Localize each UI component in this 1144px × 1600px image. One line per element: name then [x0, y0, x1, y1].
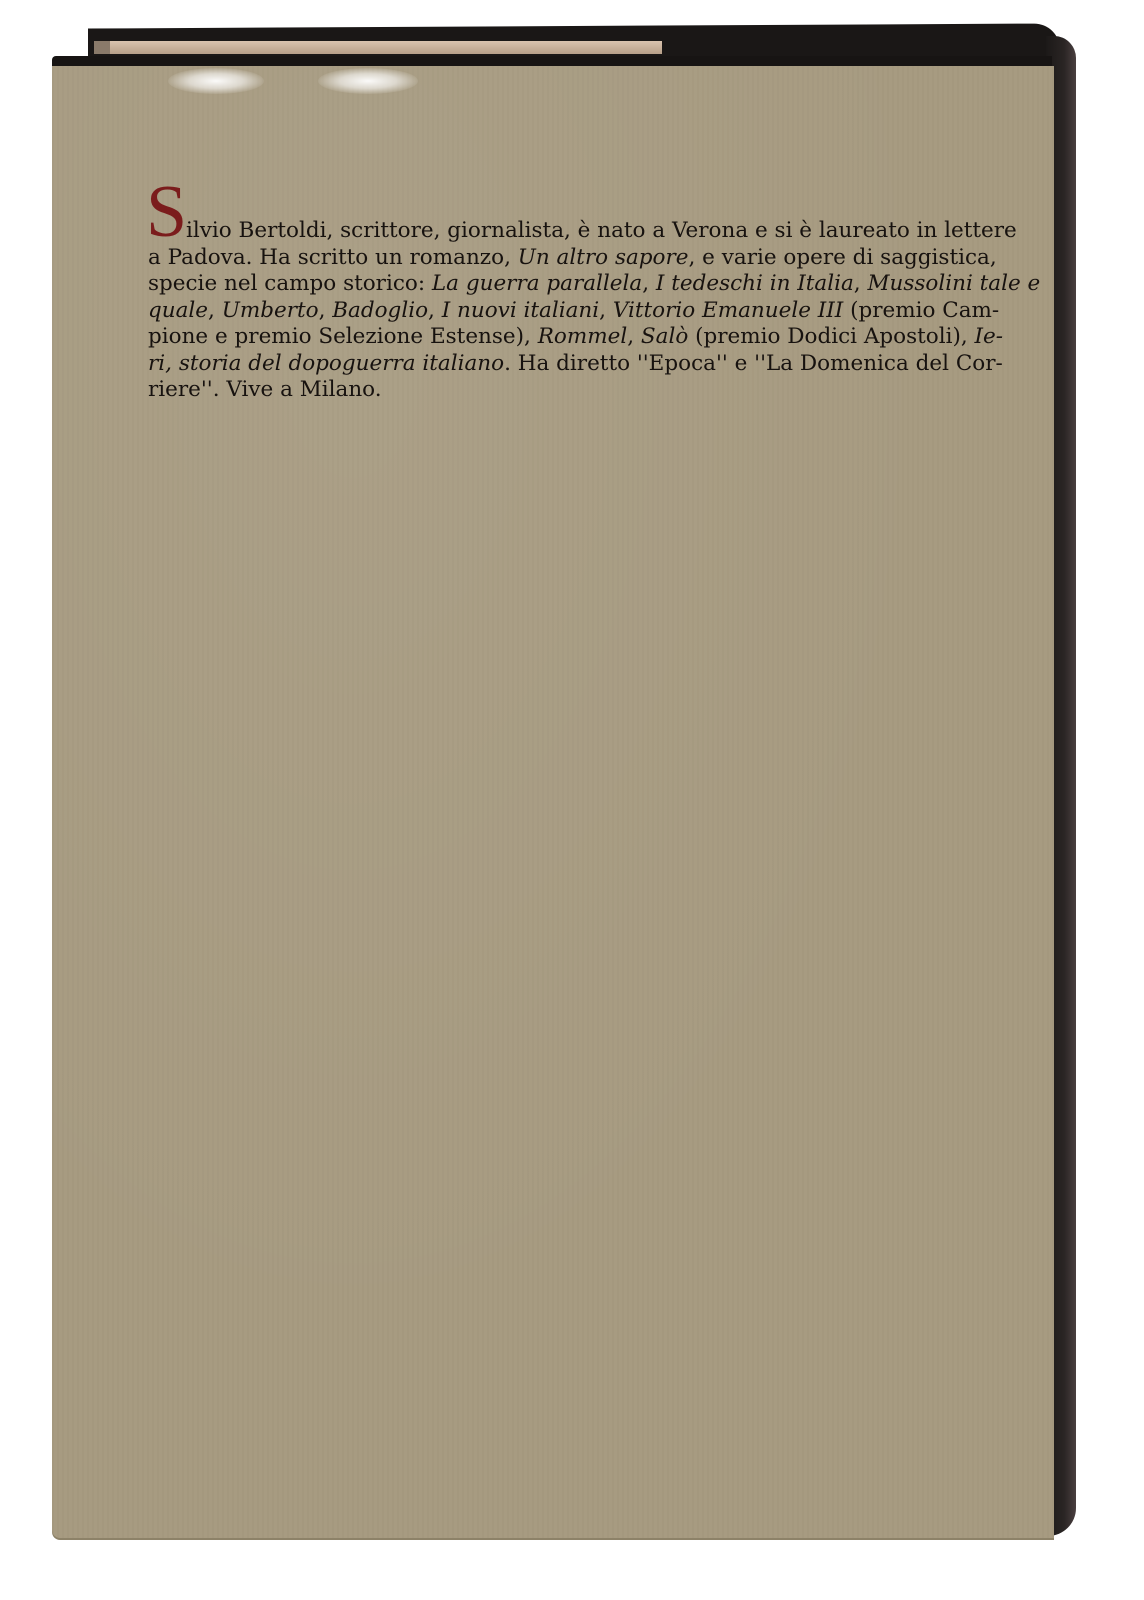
book-title-text: Ie- — [975, 324, 1003, 349]
bio-text: (premio Dodici Apostoli), — [688, 324, 974, 349]
author-biography: S ilvio Bertoldi, scrittore, giornalista… — [148, 218, 954, 404]
bio-line: ri, storia del dopoguerra italiano. Ha d… — [148, 351, 954, 378]
bio-text: , — [319, 298, 333, 323]
bio-text: , e varie opere di saggistica, — [689, 245, 997, 270]
bio-text: ilvio Bertoldi, scrittore, giornalista, … — [186, 218, 1017, 243]
bio-text: , — [208, 298, 222, 323]
bio-text: (premio Cam- — [843, 298, 999, 323]
book-title-text: Umberto — [222, 298, 319, 323]
bio-line: pione e premio Selezione Estense), Romme… — [148, 324, 954, 351]
book-title-text: Vittorio Emanuele III — [613, 298, 843, 323]
bio-text: , — [599, 298, 613, 323]
bio-line: ilvio Bertoldi, scrittore, giornalista, … — [148, 218, 954, 245]
bio-line: a Padova. Ha scritto un romanzo, Un altr… — [148, 245, 954, 272]
bio-text: , — [428, 298, 442, 323]
bio-line: specie nel campo storico: La guerra para… — [148, 271, 954, 298]
drop-cap: S — [146, 184, 187, 242]
book-title-text: quale — [148, 298, 208, 323]
book-title-text: I nuovi italiani — [442, 298, 599, 323]
bio-text: , — [642, 271, 656, 296]
bio-text: pione e premio Selezione Estense), — [148, 324, 538, 349]
book-title-text: Salò — [641, 324, 688, 349]
light-glare — [318, 68, 418, 94]
light-glare — [168, 68, 264, 94]
book-title-text: La guerra parallela — [432, 271, 642, 296]
book-title-text: Mussolini tale e — [867, 271, 1040, 296]
book-title-text: Rommel — [538, 324, 628, 349]
bio-text: , — [627, 324, 641, 349]
book-photo: S ilvio Bertoldi, scrittore, giornalista… — [0, 0, 1144, 1600]
bio-text: . Ha diretto ''Epoca'' e ''La Domenica d… — [504, 351, 1003, 376]
book-title-text: I tedeschi in Italia — [656, 271, 854, 296]
page-edge — [94, 41, 662, 54]
bio-text: specie nel campo storico: — [148, 271, 432, 296]
bio-text: riere''. Vive a Milano. — [148, 377, 382, 402]
bio-text: , — [854, 271, 868, 296]
bio-line: quale, Umberto, Badoglio, I nuovi italia… — [148, 298, 954, 325]
book-title-text: Badoglio — [332, 298, 428, 323]
book-title-text: Un altro sapore — [518, 245, 689, 270]
bio-first-line: S ilvio Bertoldi, scrittore, giornalista… — [148, 218, 954, 245]
book-title-text: ri, storia del dopoguerra italiano — [148, 351, 504, 376]
bio-text: a Padova. Ha scritto un romanzo, — [148, 245, 518, 270]
bio-line: riere''. Vive a Milano. — [148, 377, 954, 404]
